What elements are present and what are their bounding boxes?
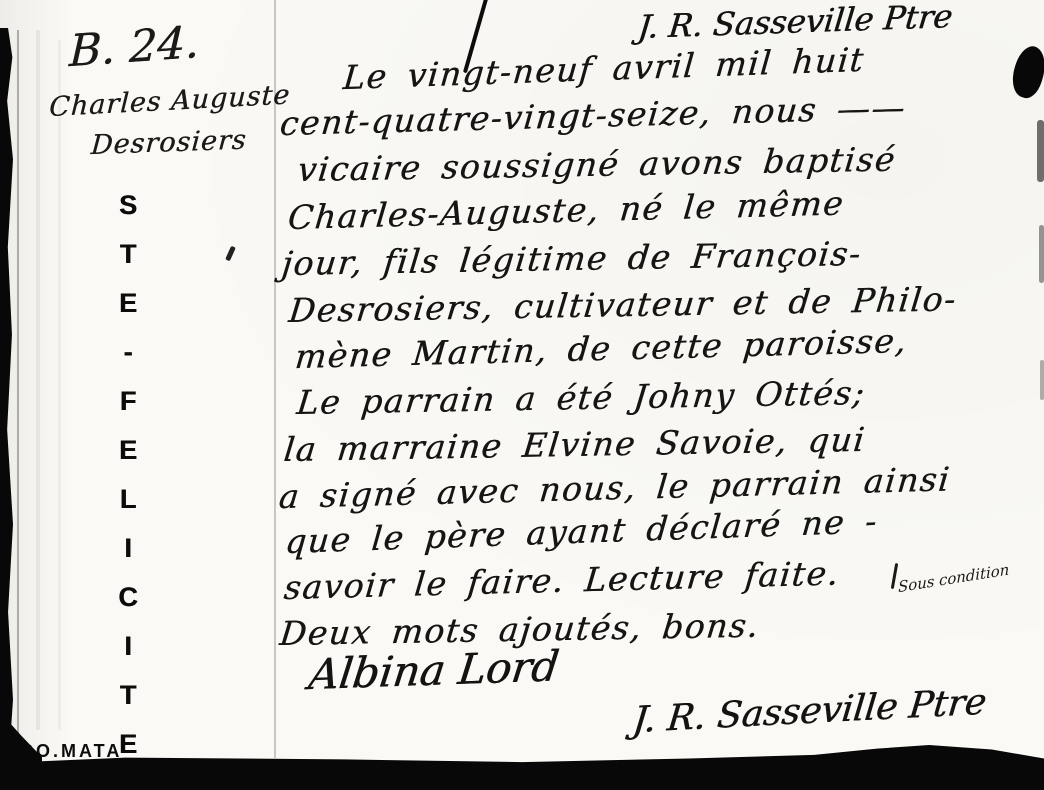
witness-signature: Albina Lord	[306, 641, 562, 699]
column-divider-line	[274, 0, 276, 758]
record-line: Le parrain a été Johny Ottés;	[295, 373, 868, 422]
record-line: mène Martin, de cette paroisse,	[293, 321, 909, 376]
ink-speck	[225, 246, 236, 262]
scan-smudge	[1037, 120, 1044, 182]
scan-edge-left-bar	[0, 28, 13, 758]
scan-streak	[36, 30, 40, 730]
scan-edge-bottom-strip	[0, 745, 1044, 790]
scan-smudge	[1040, 360, 1044, 400]
paper-tab	[0, 0, 55, 28]
scan-smudge	[1039, 225, 1044, 283]
record-line: Le vingt-neuf avril mil huit	[342, 40, 867, 97]
child-name-line2: Desrosiers	[90, 125, 248, 162]
record-line: vicaire soussigné avons baptisé	[296, 140, 898, 190]
scan-edge-gray-line	[17, 30, 19, 754]
record-line: la marraine Elvine Savoie, qui	[282, 420, 868, 469]
record-line: savoir le faire. Lecture faite.	[282, 553, 841, 607]
entry-number: B. 24.	[68, 17, 200, 77]
scanned-baptism-record: B. 24. Charles Auguste Desrosiers STE-FE…	[0, 0, 1044, 790]
insertion-mark	[891, 563, 898, 589]
record-line: jour, fils légitime de François-	[280, 234, 864, 283]
marginal-note: Sous condition	[898, 560, 1009, 596]
record-line: Charles-Auguste, né le même	[286, 183, 846, 237]
child-name-line1: Charles Auguste	[48, 79, 291, 123]
scan-streak	[58, 40, 61, 730]
ink-blot-right-edge	[1007, 43, 1044, 102]
priest-signature-top: J. R. Sasseville Ptre	[636, 0, 954, 46]
parish-name-stamp: STE-FELICITE	[112, 190, 143, 778]
priest-signature-bottom: J. R. Sasseville Ptre	[631, 681, 989, 741]
